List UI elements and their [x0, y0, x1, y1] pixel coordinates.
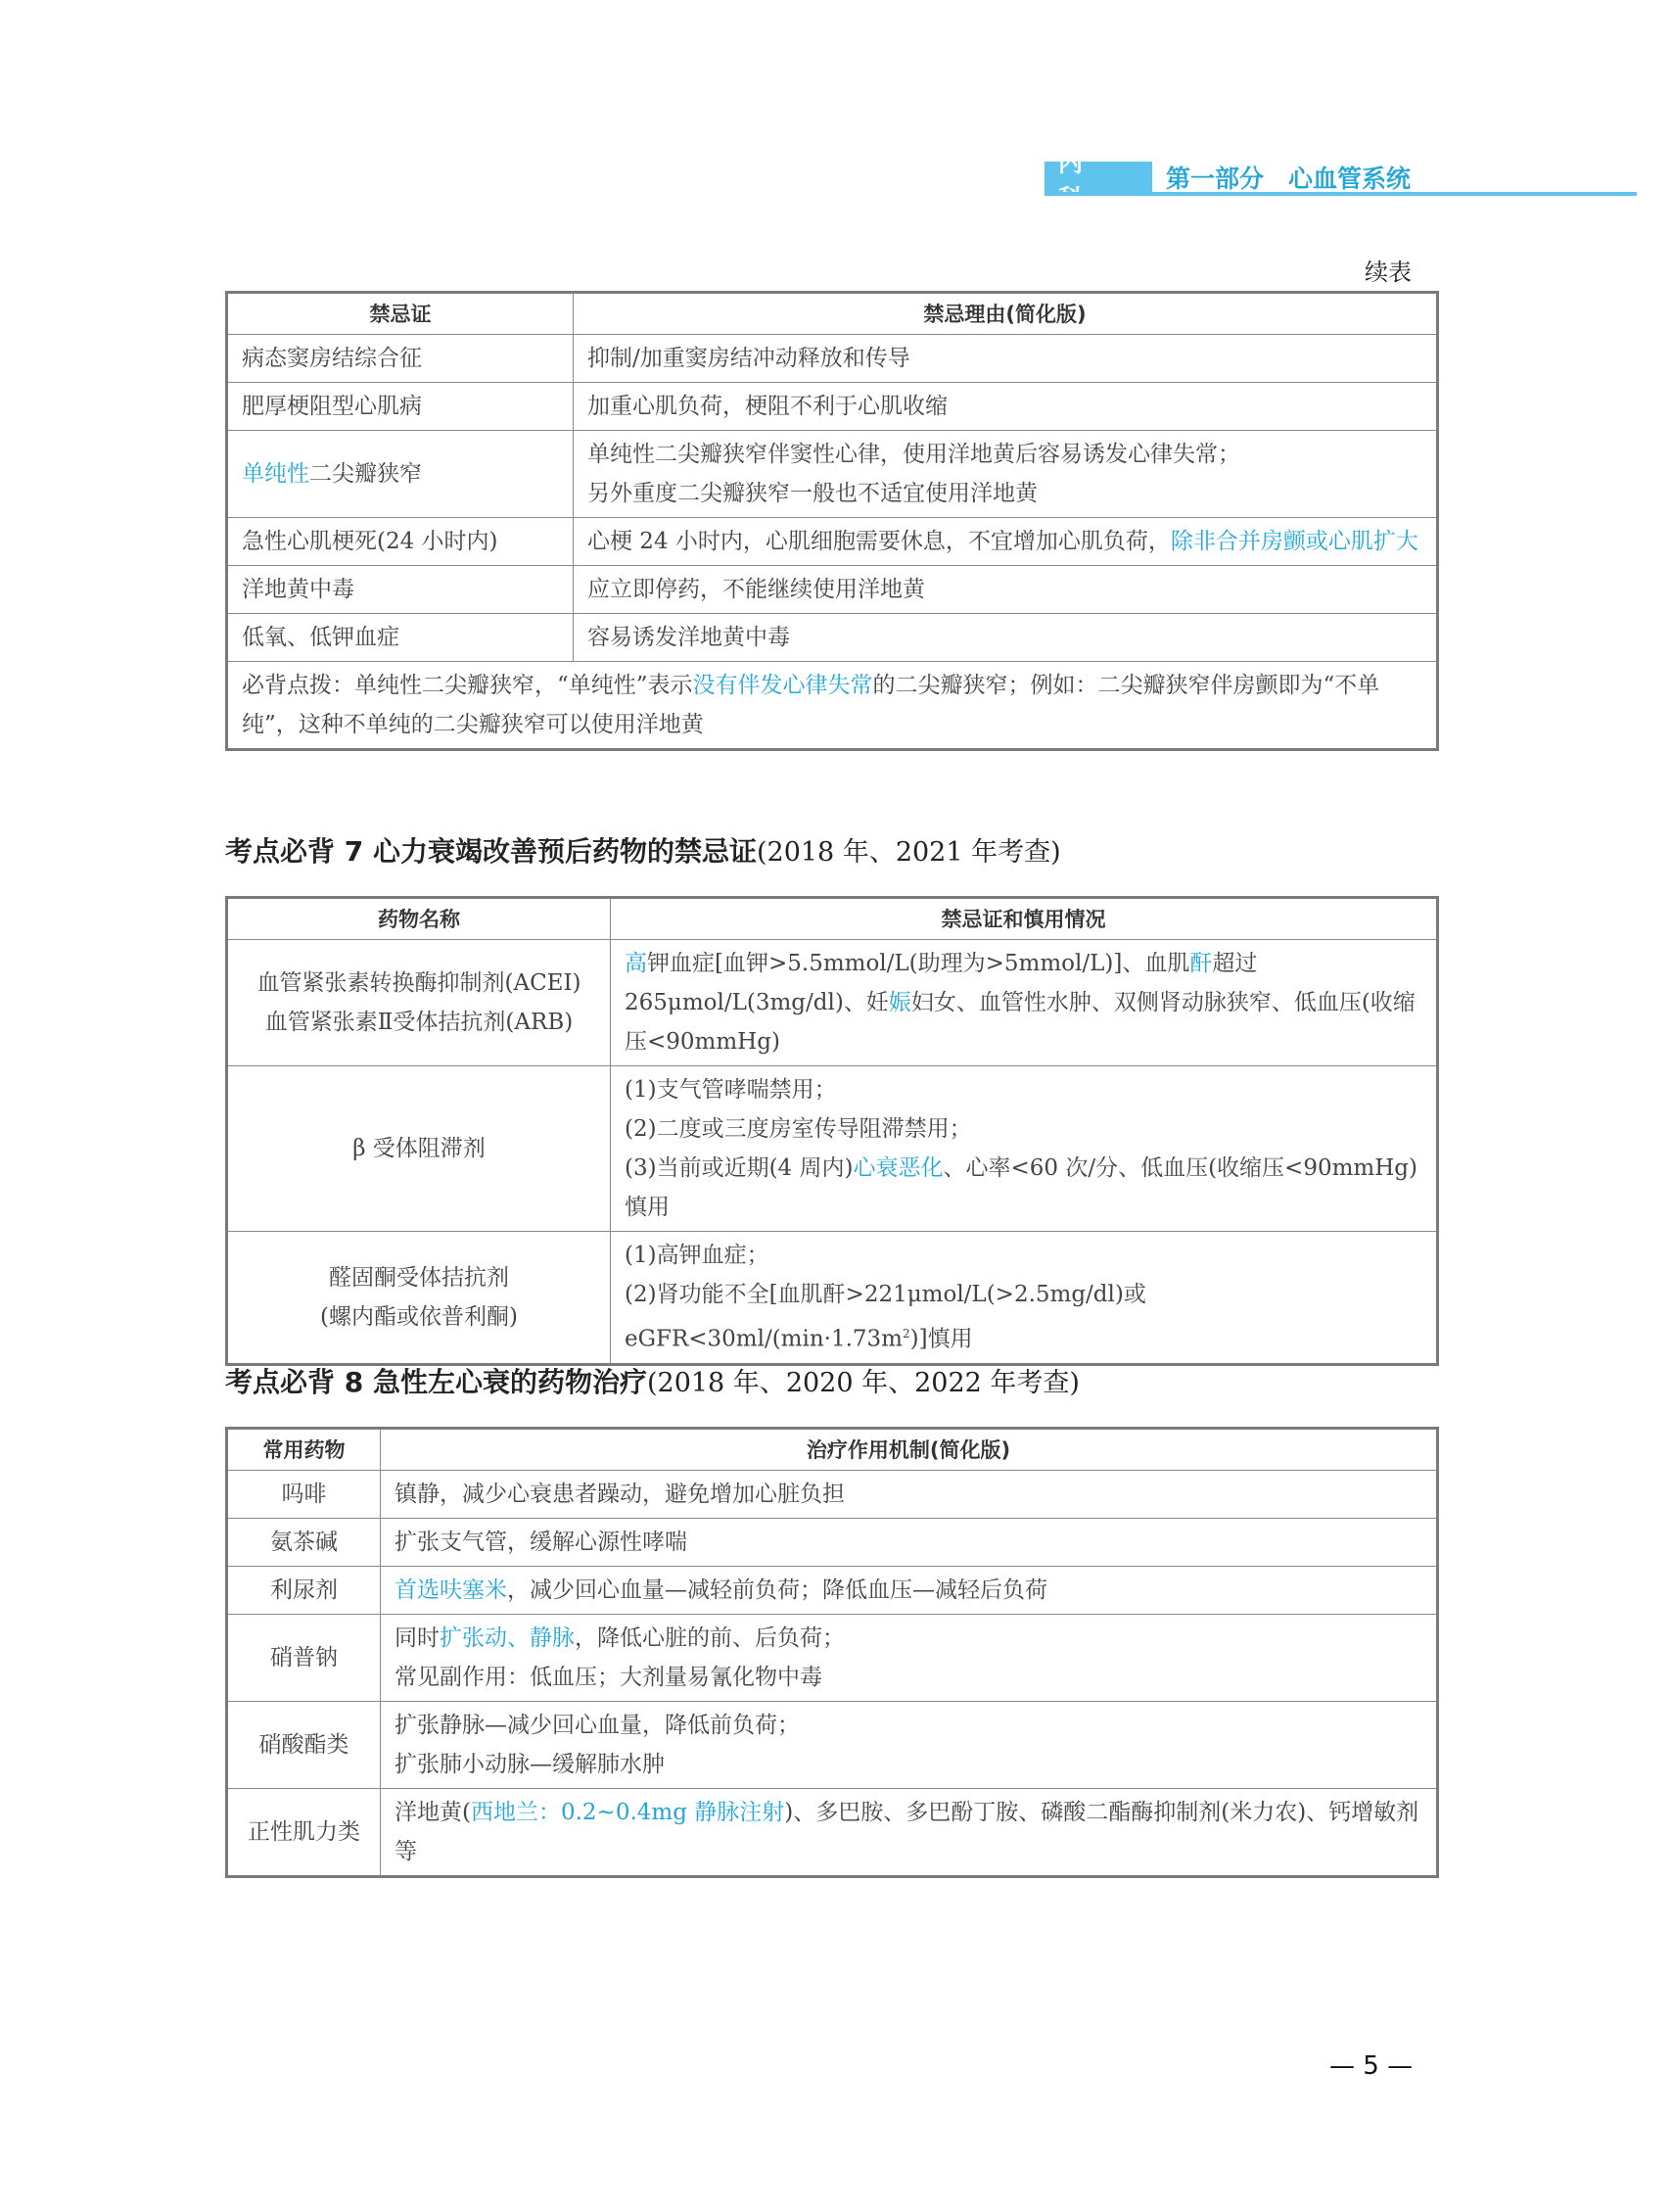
- table-row: 血管紧张素转换酶抑制剂(ACEI)血管紧张素Ⅱ受体拮抗剂(ARB) 高钾血症[血…: [227, 940, 1438, 1066]
- exam-years: (2018 年、2020 年、2022 年考查): [647, 1368, 1080, 1398]
- highlight-text: 西地兰：0.2~0.4mg 静脉注射: [471, 1800, 784, 1825]
- drug-cell: 血管紧张素转换酶抑制剂(ACEI)血管紧张素Ⅱ受体拮抗剂(ARB): [227, 940, 611, 1066]
- contraindication-cell: 高钾血症[血钾>5.5mmol/L(助理为>5mmol/L)]、血肌酐超过 26…: [611, 940, 1438, 1066]
- column-header: 禁忌证: [227, 293, 574, 335]
- highlight-text: 首选呋塞米: [395, 1577, 507, 1603]
- highlight-text: 心衰恶化: [853, 1155, 943, 1181]
- contraindication-cell: (1)高钾血症；(2)肾功能不全[血肌酐>221μmol/L(>2.5mg/dl…: [611, 1232, 1438, 1365]
- column-header: 治疗作用机制(简化版): [381, 1429, 1438, 1471]
- mechanism-cell: 扩张支气管，缓解心源性哮喘: [381, 1519, 1438, 1567]
- table-header-row: 常用药物 治疗作用机制(简化版): [227, 1429, 1438, 1471]
- drug-cell: β 受体阻滞剂: [227, 1066, 611, 1232]
- table-header-row: 禁忌证 禁忌理由(简化版): [227, 293, 1438, 335]
- table-row: 氨茶碱 扩张支气管，缓解心源性哮喘: [227, 1519, 1438, 1567]
- table-row: 肥厚梗阻型心肌病 加重心肌负荷，梗阻不利于心肌收缩: [227, 383, 1438, 431]
- reason-cell: 单纯性二尖瓣狭窄伴窦性心律，使用洋地黄后容易诱发心律失常；另外重度二尖瓣狭窄一般…: [574, 431, 1438, 518]
- exam-years: (2018 年、2021 年考查): [757, 837, 1061, 868]
- reason-cell: 抑制/加重窦房结冲动释放和传导: [574, 335, 1438, 383]
- reason-cell: 心梗 24 小时内，心肌细胞需要休息，不宜增加心肌负荷，除非合并房颤或心肌扩大: [574, 518, 1438, 566]
- section-8-heading: 考点必背 8 急性左心衰的药物治疗(2018 年、2020 年、2022 年考查…: [225, 1361, 1080, 1400]
- drug-cell: 利尿剂: [227, 1567, 381, 1615]
- table-row: 正性肌力类 洋地黄(西地兰：0.2~0.4mg 静脉注射)、多巴胺、多巴酚丁胺、…: [227, 1789, 1438, 1877]
- table-row: 利尿剂 首选呋塞米，减少回心血量—减轻前负荷；降低血压—减轻后负荷: [227, 1567, 1438, 1615]
- column-header: 常用药物: [227, 1429, 381, 1471]
- mechanism-cell: 首选呋塞米，减少回心血量—减轻前负荷；降低血压—减轻后负荷: [381, 1567, 1438, 1615]
- drug-cell: 醛固酮受体拮抗剂(螺内酯或依普利酮): [227, 1232, 611, 1365]
- reason-cell: 应立即停药，不能继续使用洋地黄: [574, 566, 1438, 614]
- highlight-text: 单纯性: [242, 461, 309, 487]
- column-header: 禁忌证和慎用情况: [611, 898, 1438, 940]
- digitalis-contraindication-table: 禁忌证 禁忌理由(简化版) 病态窦房结综合征 抑制/加重窦房结冲动释放和传导 肥…: [225, 291, 1439, 751]
- mechanism-cell: 镇静，减少心衰患者躁动，避免增加心脏负担: [381, 1471, 1438, 1519]
- reason-cell: 容易诱发洋地黄中毒: [574, 614, 1438, 662]
- mechanism-cell: 洋地黄(西地兰：0.2~0.4mg 静脉注射)、多巴胺、多巴酚丁胺、磷酸二酯酶抑…: [381, 1789, 1438, 1877]
- condition-cell: 急性心肌梗死(24 小时内): [227, 518, 574, 566]
- tip-note: 必背点拨：单纯性二尖瓣狭窄，“单纯性”表示没有伴发心律失常的二尖瓣狭窄；例如：二…: [227, 662, 1438, 750]
- table-row: 硝酸酯类 扩张静脉—减少回心血量，降低前负荷；扩张肺小动脉—缓解肺水肿: [227, 1702, 1438, 1789]
- note-row: 必背点拨：单纯性二尖瓣狭窄，“单纯性”表示没有伴发心律失常的二尖瓣狭窄；例如：二…: [227, 662, 1438, 750]
- table-row: 醛固酮受体拮抗剂(螺内酯或依普利酮) (1)高钾血症；(2)肾功能不全[血肌酐>…: [227, 1232, 1438, 1365]
- running-head-title: 第一部分 心血管系统: [1166, 162, 1411, 196]
- drug-cell: 吗啡: [227, 1471, 381, 1519]
- highlight-text: 没有伴发心律失常: [693, 673, 873, 698]
- running-head: 内 科 第一部分 心血管系统: [1045, 160, 1411, 196]
- page-number: — 5 —: [1329, 2051, 1413, 2081]
- table-row: 急性心肌梗死(24 小时内) 心梗 24 小时内，心肌细胞需要休息，不宜增加心肌…: [227, 518, 1438, 566]
- drug-cell: 硝普钠: [227, 1615, 381, 1702]
- table-row: 病态窦房结综合征 抑制/加重窦房结冲动释放和传导: [227, 335, 1438, 383]
- mechanism-cell: 扩张静脉—减少回心血量，降低前负荷；扩张肺小动脉—缓解肺水肿: [381, 1702, 1438, 1789]
- section-7-heading: 考点必背 7 心力衰竭改善预后药物的禁忌证(2018 年、2021 年考查): [225, 830, 1061, 870]
- table-row: 低氧、低钾血症 容易诱发洋地黄中毒: [227, 614, 1438, 662]
- running-head-tag: 内 科: [1045, 162, 1152, 196]
- running-head-rule: [1045, 192, 1637, 196]
- contraindication-cell: (1)支气管哮喘禁用；(2)二度或三度房室传导阻滞禁用；(3)当前或近期(4 周…: [611, 1066, 1438, 1232]
- reason-cell: 加重心肌负荷，梗阻不利于心肌收缩: [574, 383, 1438, 431]
- condition-cell: 病态窦房结综合征: [227, 335, 574, 383]
- table-row: 硝普钠 同时扩张动、静脉，降低心脏的前、后负荷；常见副作用：低血压；大剂量易氰化…: [227, 1615, 1438, 1702]
- continued-label: 续表: [1365, 253, 1412, 287]
- highlight-text: 扩张动、静脉: [440, 1625, 575, 1651]
- table-row: 单纯性二尖瓣狭窄 单纯性二尖瓣狭窄伴窦性心律，使用洋地黄后容易诱发心律失常；另外…: [227, 431, 1438, 518]
- condition-cell: 洋地黄中毒: [227, 566, 574, 614]
- table-row: β 受体阻滞剂 (1)支气管哮喘禁用；(2)二度或三度房室传导阻滞禁用；(3)当…: [227, 1066, 1438, 1232]
- condition-cell: 肥厚梗阻型心肌病: [227, 383, 574, 431]
- acute-left-heart-failure-drug-table: 常用药物 治疗作用机制(简化版) 吗啡 镇静，减少心衰患者躁动，避免增加心脏负担…: [225, 1427, 1439, 1878]
- table-header-row: 药物名称 禁忌证和慎用情况: [227, 898, 1438, 940]
- drug-cell: 氨茶碱: [227, 1519, 381, 1567]
- condition-cell: 单纯性二尖瓣狭窄: [227, 431, 574, 518]
- column-header: 禁忌理由(简化版): [574, 293, 1438, 335]
- highlight-text: 除非合并房颤或心肌扩大: [1171, 529, 1418, 554]
- mechanism-cell: 同时扩张动、静脉，降低心脏的前、后负荷；常见副作用：低血压；大剂量易氰化物中毒: [381, 1615, 1438, 1702]
- drug-cell: 硝酸酯类: [227, 1702, 381, 1789]
- condition-cell: 低氧、低钾血症: [227, 614, 574, 662]
- heart-failure-drug-contraindication-table: 药物名称 禁忌证和慎用情况 血管紧张素转换酶抑制剂(ACEI)血管紧张素Ⅱ受体拮…: [225, 896, 1439, 1366]
- column-header: 药物名称: [227, 898, 611, 940]
- table-row: 洋地黄中毒 应立即停药，不能继续使用洋地黄: [227, 566, 1438, 614]
- table-row: 吗啡 镇静，减少心衰患者躁动，避免增加心脏负担: [227, 1471, 1438, 1519]
- drug-cell: 正性肌力类: [227, 1789, 381, 1877]
